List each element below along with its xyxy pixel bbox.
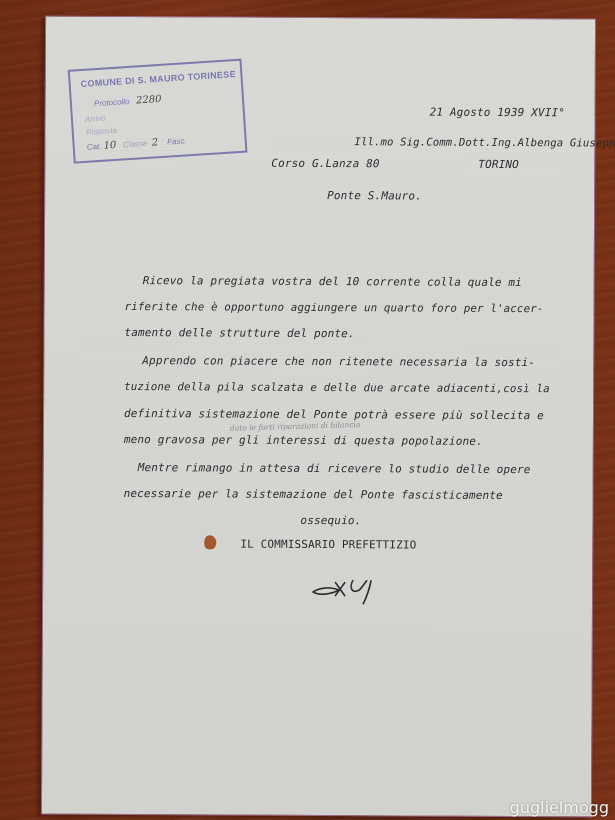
body-line: tamento delle strutture del ponte. <box>124 326 354 340</box>
stamp-protocollo-value: 2280 <box>136 94 162 107</box>
stamp-cat-value: 10 <box>103 140 116 152</box>
letter-subject: Ponte S.Mauro. <box>327 189 422 202</box>
stamp-arrivo-label: Arrivo <box>85 114 106 124</box>
body-line: tuzione della pila scalzata e delle due … <box>124 380 550 395</box>
recipient-address: Corso G.Lanza 80 <box>271 157 379 171</box>
body-line: necessarie per la sistemazione del Ponte… <box>124 487 503 502</box>
stamp-header: COMUNE DI S. MAURO TORINESE <box>80 69 236 89</box>
photographer-watermark: guglielmogg <box>510 798 609 817</box>
stamp-fasc-label: Fasc. <box>167 136 187 146</box>
stamp-risposta-label: Risposta <box>86 126 118 137</box>
body-line: Apprendo con piacere che non ritenete ne… <box>142 354 535 369</box>
body-line: riferite che è opportuno aggiungere un q… <box>125 300 544 315</box>
letter-date: 21 Agosto 1939 XVII° <box>430 106 566 120</box>
body-line: Ricevo la pregiata vostra del 10 corrent… <box>143 274 522 289</box>
body-line: ossequio. <box>300 514 361 527</box>
signature <box>309 572 399 610</box>
stamp-protocollo-label: Protocollo <box>94 97 130 108</box>
stamp-classe-value: 2 <box>152 137 159 148</box>
protocol-stamp: COMUNE DI S. MAURO TORINESE Protocollo 2… <box>68 59 248 164</box>
letter-paper: COMUNE DI S. MAURO TORINESE Protocollo 2… <box>41 16 596 818</box>
signatory-title: IL COMMISSARIO PREFETTIZIO <box>240 538 416 552</box>
rust-spot <box>204 535 216 549</box>
handwritten-annotation: dato le forti riparazioni di bilancio <box>230 420 361 433</box>
stamp-cat-label: Cat. <box>86 142 101 152</box>
body-line: Mentre rimango in attesa di ricevere lo … <box>138 461 531 476</box>
recipient-name: Ill.mo Sig.Comm.Dott.Ing.Albenga Giusepp… <box>354 136 615 149</box>
body-line: meno gravosa per gli interessi di questa… <box>124 433 483 448</box>
stamp-classe-label: Classe <box>123 139 148 150</box>
recipient-city: TORINO <box>478 158 519 171</box>
